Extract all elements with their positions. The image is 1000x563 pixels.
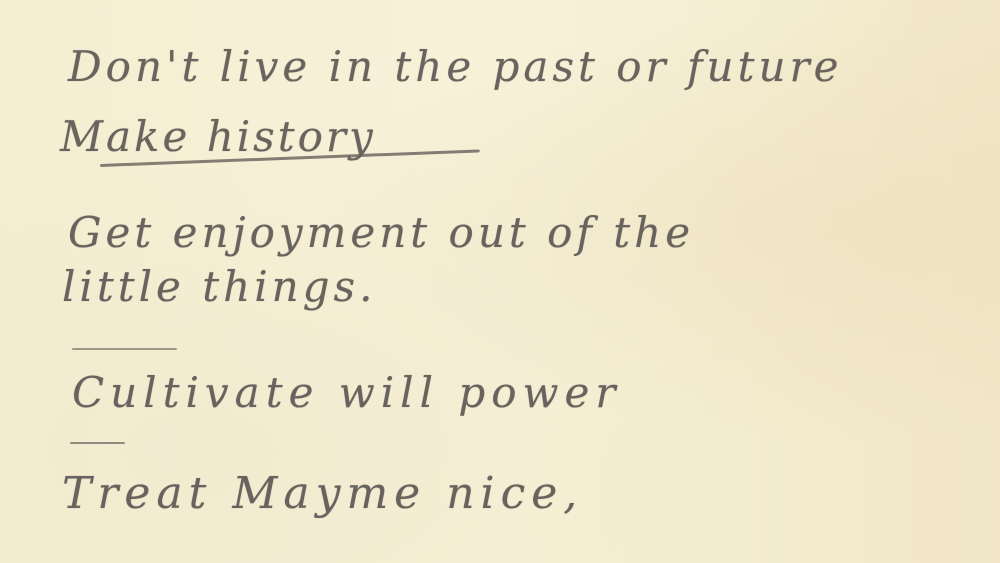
- separator-dash: [70, 442, 125, 444]
- note-line-2: Make history: [60, 112, 376, 161]
- note-line-1: Don't live in the past or future: [68, 42, 842, 91]
- note-line-4: little things.: [62, 262, 376, 311]
- note-line-3: Get enjoyment out of the: [68, 208, 694, 257]
- separator-dash: [72, 348, 177, 350]
- note-line-5: Cultivate will power: [72, 368, 621, 417]
- note-line-6: Treat Mayme nice,: [62, 468, 583, 519]
